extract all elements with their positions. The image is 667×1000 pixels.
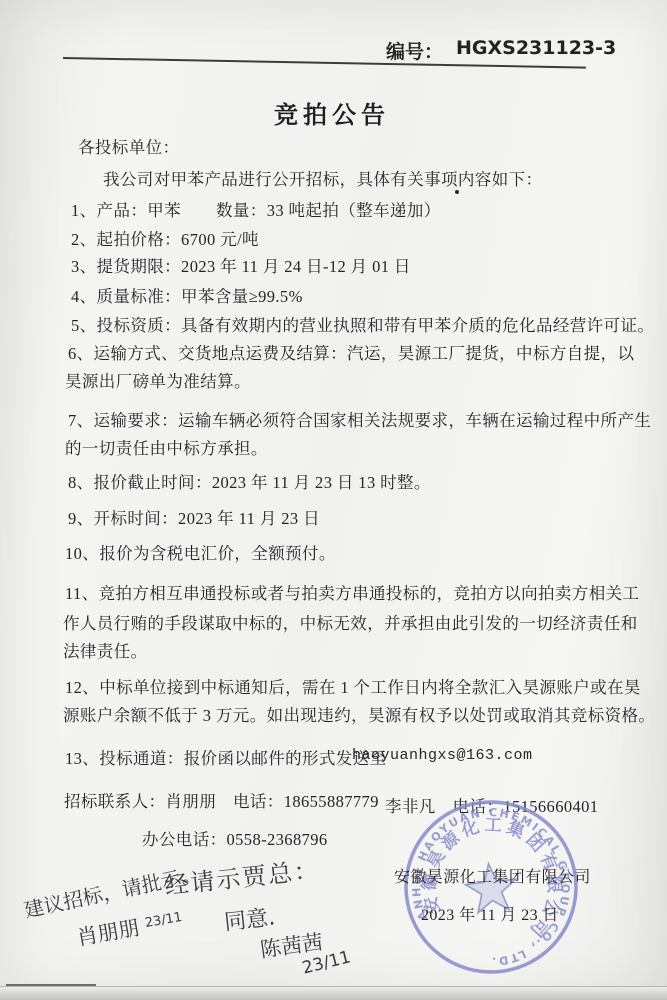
contact-primary: 招标联系人：肖朋朋 电话：18655887779 bbox=[64, 788, 379, 812]
contact-office-phone: 办公电话：0558-2368796 bbox=[142, 826, 328, 850]
company-seal: ANHUI HAOYUAN CHEMICAL GROUP CO., LTD. 安… bbox=[401, 797, 581, 977]
item-6-line1: 6、运输方式、交货地点运费及结算：汽运，昊源工厂提货，中标方自提，以 bbox=[68, 340, 634, 364]
scanned-document-page: 编号： HGXS231123-3 竞拍公告 各投标单位： 我公司对甲苯产品进行公… bbox=[0, 0, 667, 1000]
intro-line: 我公司对甲苯产品进行公开招标，具体有关事项内容如下： bbox=[103, 166, 542, 190]
item-11-line2: 作人员行贿的手段谋取中标的，中标无效，并承担由此引发的一切经济责任和 bbox=[63, 610, 638, 634]
salutation: 各投标单位： bbox=[78, 134, 179, 158]
item-4-quality: 4、质量标准：甲苯含量≥99.5% bbox=[71, 283, 303, 307]
item-6-line2: 昊源出厂磅单为准结算。 bbox=[65, 368, 251, 392]
doc-ref-label: 编号： bbox=[386, 37, 443, 64]
handwritten-agree: 同意. bbox=[223, 900, 277, 936]
item-11-line1: 11、竞拍方相互串通投标或者与拍卖方串通投标的，竞拍方以向拍卖方相关工 bbox=[65, 580, 639, 604]
page-title: 竞拍公告 bbox=[274, 95, 390, 130]
item-1-product: 1、产品：甲苯 bbox=[71, 197, 181, 221]
item-7-line2: 的一切责任由中标方承担。 bbox=[65, 435, 268, 459]
item-9-opening-time: 9、开标时间：2023 年 11 月 23 日 bbox=[68, 505, 320, 529]
signature-date: 23/11 bbox=[144, 910, 184, 931]
bid-email: haoyuanhgxs@163.com bbox=[352, 747, 533, 764]
scan-bottom-shadow bbox=[0, 986, 667, 1000]
handwritten-signature-xiao: 肖朋朋 23/11 bbox=[74, 904, 185, 952]
item-12-line1: 12、中标单位接到中标通知后，需在 1 个工作日内将全款汇入昊源账户或在昊 bbox=[65, 674, 641, 698]
doc-ref-number: HGXS231123-3 bbox=[456, 37, 616, 59]
item-10-price-terms: 10、报价为含税电汇价，全额预付。 bbox=[65, 540, 336, 564]
item-1-quantity: 数量：33 吨起拍（整车递加） bbox=[216, 197, 441, 221]
handwritten-note-approval: 经请示贾总： bbox=[163, 850, 322, 901]
item-13-channel: 13、投标通道：报价函以邮件的形式发送至 bbox=[65, 745, 387, 769]
item-8-deadline: 8、报价截止时间：2023 年 11 月 23 日 13 时整。 bbox=[68, 469, 431, 493]
signature-name: 肖朋朋 bbox=[75, 916, 141, 951]
signoff-date: 2023 年 11 月 23 日 bbox=[421, 902, 559, 925]
item-5-qualification: 5、投标资质：具备有效期内的营业执照和带有甲苯介质的危化品经营许可证。 bbox=[71, 312, 654, 336]
item-12-line2: 源账户余额不低于 3 万元。如出现违约，昊源有权予以处罚或取消其竞标资格。 bbox=[63, 702, 655, 726]
scan-speck bbox=[455, 190, 459, 194]
item-2-start-price: 2、起拍价格：6700 元/吨 bbox=[71, 226, 259, 250]
item-7-line1: 7、运输要求：运输车辆必须符合国家相关法规要求，车辆在运输过程中所产生 bbox=[68, 407, 651, 431]
item-3-pickup-period: 3、提货期限：2023 年 11 月 24 日-12 月 01 日 bbox=[71, 253, 411, 277]
item-11-line3: 法律责任。 bbox=[63, 638, 148, 662]
signoff-company: 安徽昊源化工集团有限公司 bbox=[394, 864, 591, 887]
